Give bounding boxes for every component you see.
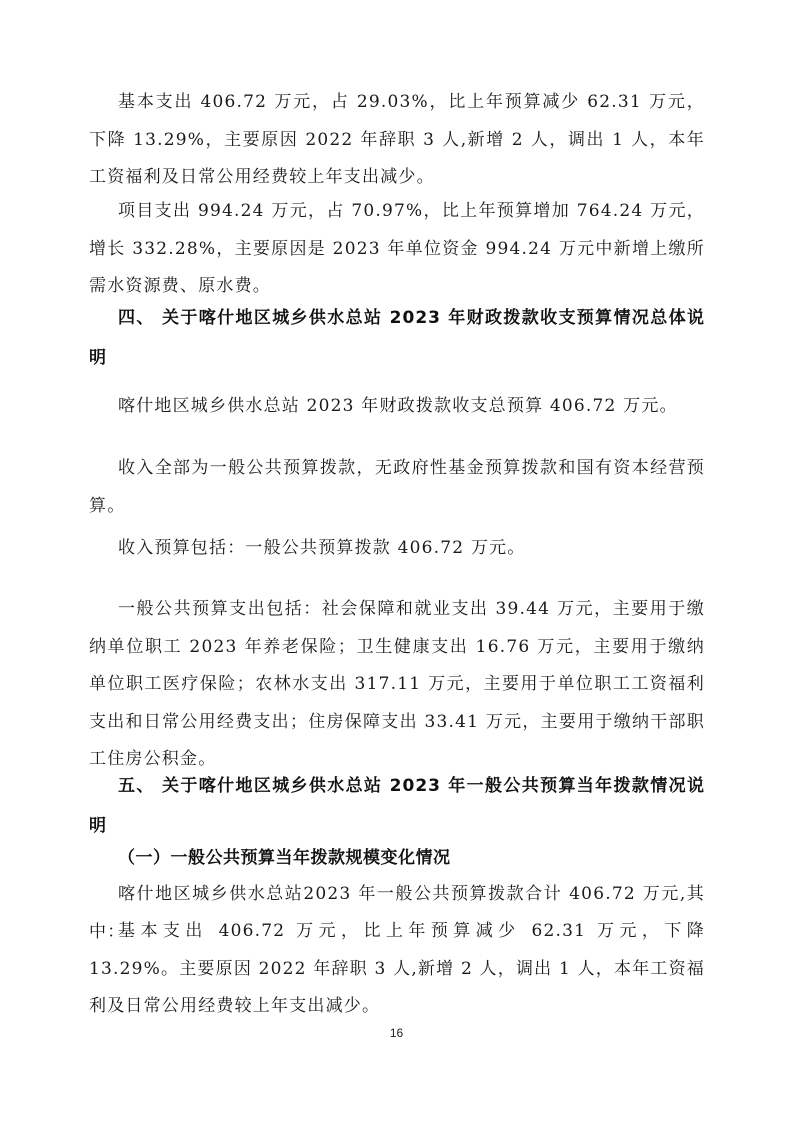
subsection-heading-1: （一）一般公共预算当年拨款规模变化情况: [118, 843, 708, 873]
paragraph-expenditure-breakdown: 一般公共预算支出包括：社会保障和就业支出 39.44 万元，主要用于缴纳单位职工…: [89, 591, 705, 779]
paragraph-basic-expenditure: 基本支出 406.72 万元，占 29.03%，比上年预算减少 62.31 万元…: [89, 84, 705, 197]
paragraph-income-budget: 收入预算包括：一般公共预算拨款 406.72 万元。: [89, 530, 705, 568]
section-heading-5: 五、 关于喀什地区城乡供水总站 2023 年一般公共预算当年拨款情况说明: [89, 766, 705, 846]
paragraph-total-budget: 喀什地区城乡供水总站 2023 年财政拨款收支总预算 406.72 万元。: [89, 388, 705, 426]
page-number: 16: [0, 1026, 793, 1040]
paragraph-project-expenditure: 项目支出 994.24 万元，占 70.97%，比上年预算增加 764.24 万…: [89, 193, 705, 306]
paragraph-basic-expenditure-change: 基本支出 406.72 万元，比上年预算减少 62.31 万元，下降 13.29…: [89, 913, 705, 1026]
section-heading-4: 四、 关于喀什地区城乡供水总站 2023 年财政拨款收支预算情况总体说明: [89, 298, 705, 378]
document-page: 基本支出 406.72 万元，占 29.03%，比上年预算减少 62.31 万元…: [0, 0, 793, 1122]
paragraph-income-source: 收入全部为一般公共预算拨款，无政府性基金预算拨款和国有资本经营预算。: [89, 450, 705, 525]
